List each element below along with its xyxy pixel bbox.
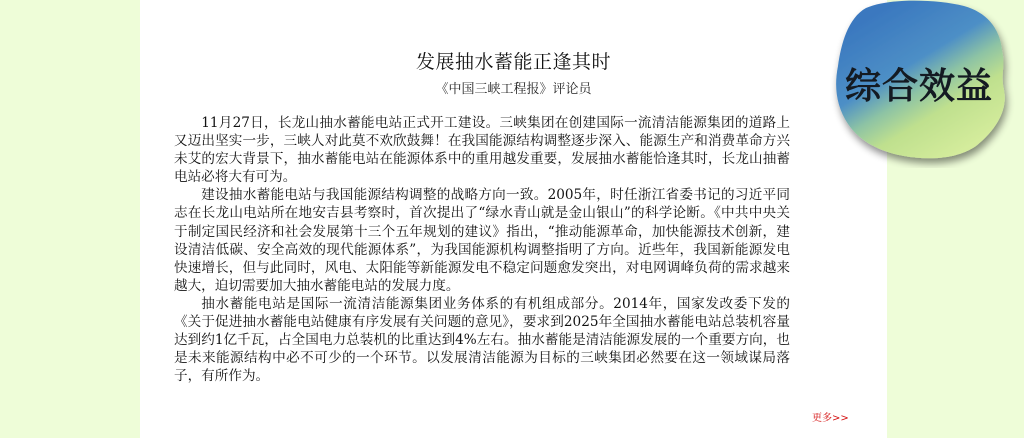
- more-link[interactable]: 更多>>: [812, 409, 849, 424]
- article-byline: 《中国三峡工程报》评论员: [140, 78, 887, 97]
- article-paragraph: 11月27日，长龙山抽水蓄能电站正式开工建设。三峡集团在创建国际一流清洁能源集团…: [174, 114, 790, 186]
- article-paragraph: 建设抽水蓄能电站与我国能源结构调整的战略方向一致。2005年，时任浙江省委书记的…: [174, 186, 790, 295]
- section-badge: 综合效益: [826, 0, 1016, 168]
- content-panel: 发展抽水蓄能正逢其时 《中国三峡工程报》评论员 11月27日，长龙山抽水蓄能电站…: [140, 0, 887, 438]
- article-body: 11月27日，长龙山抽水蓄能电站正式开工建设。三峡集团在创建国际一流清洁能源集团…: [174, 114, 790, 385]
- badge-label: 综合效益: [834, 58, 1004, 109]
- article-paragraph: 抽水蓄能电站是国际一流清洁能源集团业务体系的有机组成部分。2014年，国家发改委…: [174, 295, 790, 385]
- article-title: 发展抽水蓄能正逢其时: [140, 47, 887, 74]
